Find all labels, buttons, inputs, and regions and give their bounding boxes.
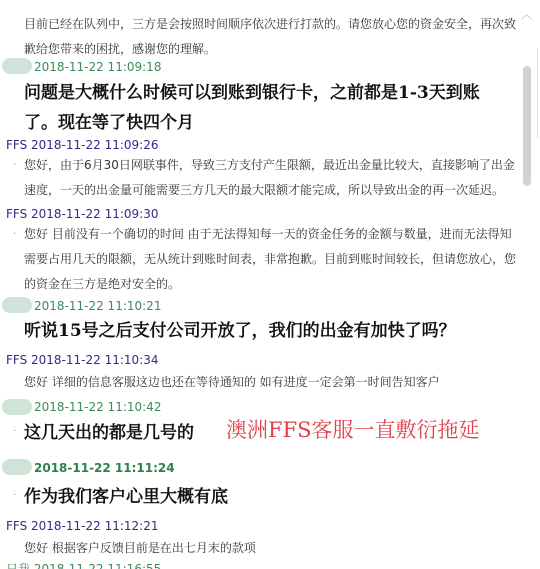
user-message: 这几天出的都是几号的 bbox=[24, 418, 194, 448]
agent-message: 您好 目前没有一个确切的时间 由于无法得知每一天的资金任务的金额与数量，进而无法… bbox=[24, 222, 519, 297]
bullet: · bbox=[13, 160, 16, 171]
divider bbox=[537, 48, 538, 138]
bullet: · bbox=[13, 490, 16, 501]
user-timestamp: 2018-11-22 11:10:21 bbox=[34, 298, 161, 314]
avatar bbox=[2, 297, 32, 313]
message-line: 了。现在等了快四个月 bbox=[24, 108, 480, 138]
agent-timestamp: FFS 2018-11-22 11:09:30 bbox=[6, 206, 158, 222]
agent-message: 您好 根据客户反馈目前是在出七月末的款项 bbox=[24, 536, 519, 561]
user-message: 听说15号之后支付公司开放了，我们的出金有加快了吗？ bbox=[24, 316, 456, 346]
user-timestamp: 2018-11-22 11:11:24 bbox=[34, 460, 175, 476]
user-timestamp-partial: 日我 2018-11-22 11:16:55 bbox=[6, 563, 161, 569]
watermark-text: 澳洲FFS客服一直敷衍拖延 bbox=[226, 414, 480, 444]
user-message: 问题是大概什么时候可以到账到银行卡，之前都是1-3天到账 了。现在等了快四个月 bbox=[24, 78, 480, 138]
scroll-up-icon[interactable]: ︿ bbox=[521, 6, 532, 22]
message-line: 您好 目前没有一个确切的时间 由于无法得知每一天的资金任务的金额与数量，进而无法… bbox=[24, 222, 519, 247]
message-line: 您好 详细的信息客服这边也还在等待通知的 如有进度一定会第一时间告知客户 bbox=[24, 370, 519, 395]
message-line: 您好，由于6月30日网联事件，导致三方支付产生限额，最近出金量比较大，直接影响了… bbox=[24, 153, 519, 178]
agent-message: 您好 详细的信息客服这边也还在等待通知的 如有进度一定会第一时间告知客户 bbox=[24, 370, 519, 395]
bullet: · bbox=[13, 229, 16, 240]
chat-transcript: 目前已经在队列中，三方是会按照时间顺序依次进行打款的。请您放心您的资金安全，再次… bbox=[0, 0, 522, 569]
agent-timestamp: FFS 2018-11-22 11:12:21 bbox=[6, 518, 158, 534]
avatar bbox=[2, 459, 32, 475]
message-line: 目前已经在队列中，三方是会按照时间顺序依次进行打款的。请您放心您的资金安全，再次… bbox=[24, 12, 519, 37]
scrollbar[interactable]: ︿ bbox=[520, 0, 534, 569]
user-timestamp: 2018-11-22 11:10:42 bbox=[34, 399, 161, 415]
avatar bbox=[2, 58, 32, 74]
scroll-thumb[interactable] bbox=[523, 66, 531, 186]
user-message: 作为我们客户心里大概有底 bbox=[24, 482, 228, 512]
user-timestamp: 2018-11-22 11:09:18 bbox=[34, 59, 161, 75]
message-line: 速度，一天的出金量可能需要三方几天的最大限额才能完成，所以导致出金的再一次延迟。 bbox=[24, 178, 519, 203]
message-line: 的资金在三方是绝对安全的。 bbox=[24, 272, 519, 297]
agent-message: 目前已经在队列中，三方是会按照时间顺序依次进行打款的。请您放心您的资金安全，再次… bbox=[24, 12, 519, 62]
bullet: · bbox=[13, 426, 16, 437]
agent-message: 您好，由于6月30日网联事件，导致三方支付产生限额，最近出金量比较大，直接影响了… bbox=[24, 153, 519, 203]
message-line: 需要占用几天的限额，无从统计到账时间表，非常抱歉。目前到账时间较长，但请您放心，… bbox=[24, 247, 519, 272]
message-line: 您好 根据客户反馈目前是在出七月末的款项 bbox=[24, 536, 519, 561]
message-line: 问题是大概什么时候可以到账到银行卡，之前都是1-3天到账 bbox=[24, 78, 480, 108]
agent-timestamp: FFS 2018-11-22 11:10:34 bbox=[6, 352, 158, 368]
avatar bbox=[2, 399, 32, 415]
agent-timestamp: FFS 2018-11-22 11:09:26 bbox=[6, 137, 158, 153]
